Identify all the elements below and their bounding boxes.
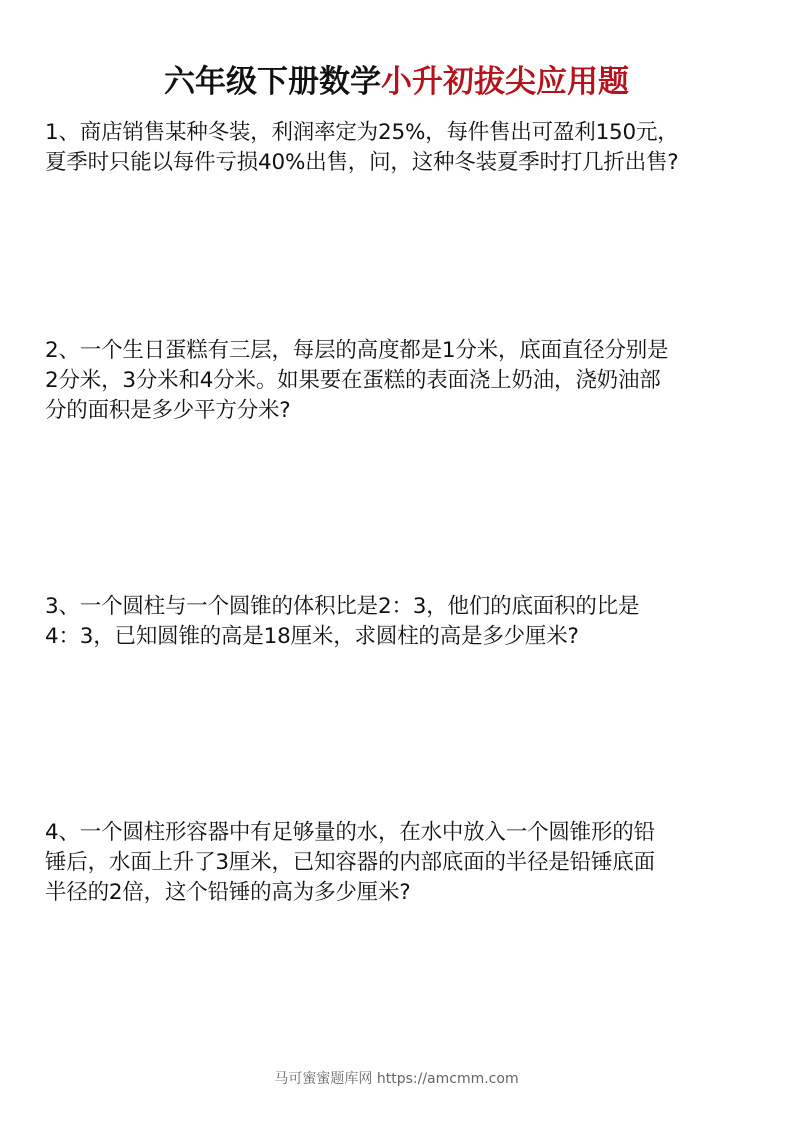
question-line: 2、一个生日蛋糕有三层，每层的高度都是1分米，底面直径分别是: [45, 336, 757, 366]
question-4: 4、一个圆柱形容器中有足够量的水，在水中放入一个圆锥形的铅 锤后，水面上升了3厘…: [45, 818, 757, 908]
question-line: 1、商店销售某种冬装，利润率定为25%，每件售出可盈利150元，: [45, 118, 757, 148]
question-line: 半径的2倍，这个铅锤的高为多少厘米?: [45, 878, 757, 908]
question-line: 锤后，水面上升了3厘米，已知容器的内部底面的半径是铅锤底面: [45, 848, 757, 878]
question-line: 4、一个圆柱形容器中有足够量的水，在水中放入一个圆锥形的铅: [45, 818, 757, 848]
question-3: 3、一个圆柱与一个圆锥的体积比是2：3，他们的底面积的比是 4：3，已知圆锥的高…: [45, 592, 757, 652]
question-line: 2分米，3分米和4分米。如果要在蛋糕的表面浇上奶油，浇奶油部: [45, 366, 757, 396]
title-grade-subject: 六年级下册数学: [164, 64, 381, 100]
page-title: 六年级下册数学小升初拔尖应用题: [0, 60, 793, 104]
question-line: 分的面积是多少平方分米?: [45, 396, 757, 426]
question-line: 4：3，已知圆锥的高是18厘米，求圆柱的高是多少厘米?: [45, 622, 757, 652]
footer-watermark: 马可蜜蜜题库网 https://amcmm.com: [0, 1069, 793, 1089]
question-1: 1、商店销售某种冬装，利润率定为25%，每件售出可盈利150元， 夏季时只能以每…: [45, 118, 757, 178]
question-line: 夏季时只能以每件亏损40%出售，问，这种冬装夏季时打几折出售?: [45, 148, 757, 178]
title-topic: 小升初拔尖应用题: [381, 64, 629, 100]
question-line: 3、一个圆柱与一个圆锥的体积比是2：3，他们的底面积的比是: [45, 592, 757, 622]
question-2: 2、一个生日蛋糕有三层，每层的高度都是1分米，底面直径分别是 2分米，3分米和4…: [45, 336, 757, 426]
